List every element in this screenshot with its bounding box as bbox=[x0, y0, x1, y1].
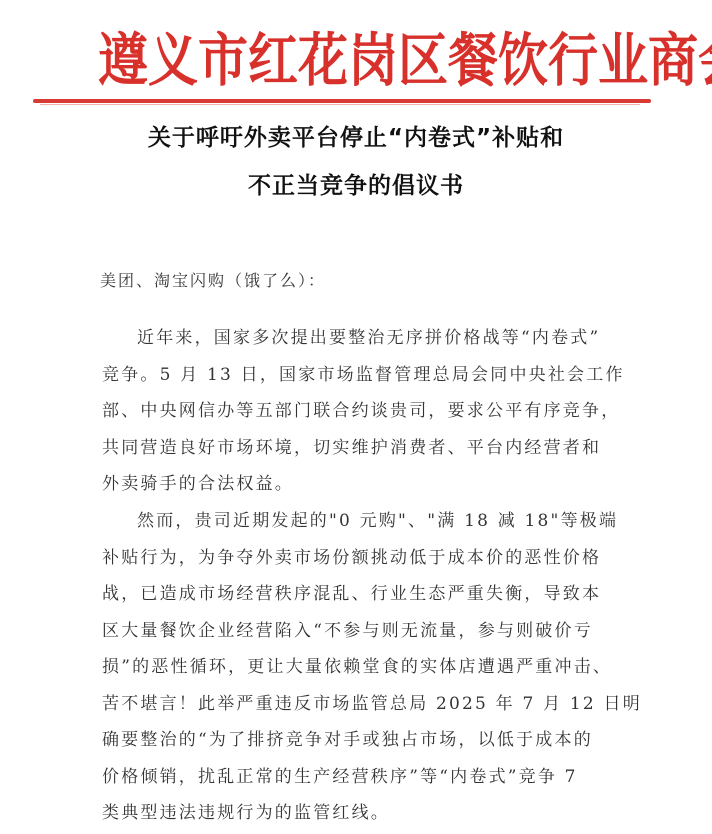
paragraph-line: 部、中央网信办等五部门联合约谈贵司，要求公平有序竞争， bbox=[102, 393, 578, 430]
letterhead-char: 会 bbox=[698, 15, 712, 98]
paragraph-line: 价格倾销，扰乱正常的生产经营秩序”等“内卷式”竞争 7 bbox=[102, 759, 578, 796]
letterhead-char: 饮 bbox=[498, 15, 548, 98]
letterhead-char: 花 bbox=[298, 15, 348, 98]
paragraph-line: 近年来，国家多次提出要整治无序拼价格战等“内卷式” bbox=[102, 320, 578, 357]
paragraph-line: 区大量餐饮企业经营陷入“不参与则无流量，参与则破价亏 bbox=[102, 613, 578, 650]
paragraph-line: 确要整治的“为了排挤竞争对手或独占市场，以低于成本的 bbox=[102, 722, 578, 759]
paragraph-line: 竞争。5 月 13 日，国家市场监督管理总局会同中央社会工作 bbox=[102, 357, 578, 394]
letterhead-char: 区 bbox=[398, 15, 448, 98]
letterhead-char: 业 bbox=[598, 15, 648, 98]
letterhead-char: 市 bbox=[198, 15, 248, 98]
letterhead-char: 义 bbox=[148, 15, 198, 98]
letterhead-char: 遵 bbox=[98, 15, 148, 98]
letterhead-char: 行 bbox=[548, 15, 598, 98]
letterhead-char: 商 bbox=[648, 15, 698, 98]
letterhead-red-divider bbox=[33, 99, 651, 103]
paragraph-line: 共同营造良好市场环境，切实维护消费者、平台内经营者和 bbox=[102, 430, 578, 467]
paragraph-line: 苦不堪言！此举严重违反市场监管总局 2025 年 7 月 12 日明 bbox=[102, 686, 578, 723]
letterhead-red-divider-shadow bbox=[40, 104, 640, 105]
paragraph-1: 近年来，国家多次提出要整治无序拼价格战等“内卷式” 竞争。5 月 13 日，国家… bbox=[102, 320, 578, 503]
letterhead-organization-title: 遵 义 市 红 花 岗 区 餐 饮 行 业 商 会 bbox=[98, 19, 578, 93]
letterhead-char: 餐 bbox=[448, 15, 498, 98]
paragraph-line: 损”的恶性循环，更让大量依赖堂食的实体店遭遇严重冲击、 bbox=[102, 649, 578, 686]
paragraph-2: 然而，贵司近期发起的"0 元购"、"满 18 减 18"等极端 补贴行为，为争夺… bbox=[102, 503, 578, 832]
paragraph-line: 类典型违法违规行为的监管红线。 bbox=[102, 795, 578, 832]
letterhead-char: 岗 bbox=[348, 15, 398, 98]
paragraph-line: 然而，贵司近期发起的"0 元购"、"满 18 减 18"等极端 bbox=[102, 503, 578, 540]
document-title-line-2: 不正当竞争的倡议书 bbox=[0, 167, 712, 200]
paragraph-line: 外卖骑手的合法权益。 bbox=[102, 466, 578, 503]
document-title-line-1: 关于呼吁外卖平台停止“内卷式”补贴和 bbox=[0, 119, 712, 152]
paragraph-line: 战，已造成市场经营秩序混乱、行业生态严重失衡，导致本 bbox=[102, 576, 578, 613]
letterhead-char: 红 bbox=[248, 15, 298, 98]
paragraph-line: 补贴行为，为争夺外卖市场份额挑动低于成本价的恶性价格 bbox=[102, 540, 578, 577]
salutation: 美团、淘宝闪购（饿了么）： bbox=[100, 268, 326, 291]
